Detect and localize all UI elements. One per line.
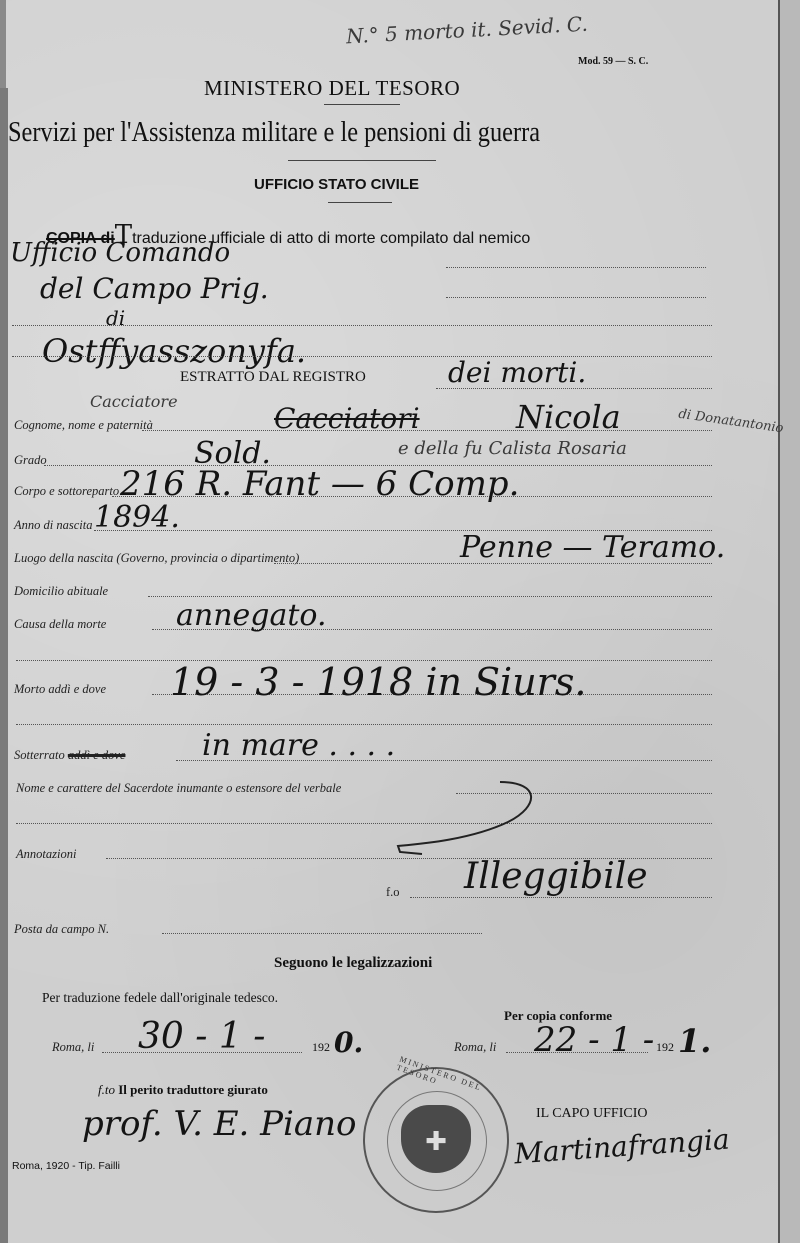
office-title: UFFICIO STATO CIVILE (254, 176, 419, 193)
surname-correction: Cacciatore (90, 392, 178, 411)
scribble-line (390, 776, 550, 860)
signed-prefix: f.to (98, 1082, 115, 1097)
right-date-value: 22 - 1 - (534, 1020, 654, 1060)
death-label: Morto addì e dove (14, 682, 106, 697)
legalization-heading: Seguono le legalizzazioni (274, 955, 432, 972)
burial-struck: addì e dove (68, 748, 126, 762)
issuer-line3: di (106, 306, 125, 330)
cause-value: annegato. (176, 598, 327, 633)
birthplace-label: Luogo della nascita (Governo, provincia … (14, 551, 299, 566)
mother-value: e della fu Calista Rosaria (398, 438, 627, 459)
name-label: Cognome, nome e paternità (14, 418, 153, 433)
translator-title-text: Il perito traduttore giurato (118, 1082, 268, 1097)
domicile-label: Domicilio abituale (14, 584, 108, 599)
birthplace-value: Penne — Teramo. (460, 530, 725, 565)
ministry-stamp: ✚ MINISTERO DEL TESORO (363, 1067, 509, 1213)
title-underline (324, 104, 400, 105)
document-page: N.° 5 morto it. Sevid. C. Mod. 59 — S. C… (6, 0, 778, 1243)
translator-title: f.to Il perito traduttore giurato (98, 1082, 268, 1098)
dotted-line (12, 356, 712, 357)
signed-label: f.o (386, 885, 400, 900)
savoy-cross-icon: ✚ (423, 1129, 449, 1155)
signed-field (410, 897, 712, 898)
printer-note: Roma, 1920 - Tip. Failli (12, 1160, 120, 1172)
birth-year-label: Anno di nascita (14, 518, 92, 533)
page-left-edge (0, 88, 8, 1243)
register-handwritten: dei morti. (448, 356, 586, 389)
dotted-line (436, 388, 712, 389)
signed-value: Illeggibile (464, 856, 648, 897)
register-label: ESTRATTO DAL REGISTRO (180, 369, 366, 386)
ministry-title: MINISTERO DEL TESORO (204, 76, 460, 101)
left-year-prefix: 192 (312, 1040, 330, 1055)
burial-value: in mare . . . . (202, 728, 395, 763)
rank-label: Grado (14, 453, 47, 468)
left-date-value: 30 - 1 - (138, 1016, 265, 1057)
office-head-title: IL CAPO UFFICIO (536, 1106, 648, 1122)
dotted-line (446, 267, 706, 268)
right-year-suffix: 1. (678, 1022, 711, 1060)
left-place-label: Roma, li (52, 1040, 94, 1055)
dotted-line (446, 297, 706, 298)
issuer-line2: del Campo Prig. (40, 272, 269, 305)
domicile-field (148, 596, 712, 597)
handwritten-note: N.° 5 morto it. Sevid. C. (346, 12, 589, 49)
field-post-field (162, 933, 482, 934)
notes-label: Annotazioni (16, 847, 76, 862)
dotted-line (16, 724, 712, 725)
right-year-prefix: 192 (656, 1040, 674, 1055)
page-right-edge (778, 0, 800, 1243)
office-head-signature: Martinafrangia (513, 1123, 731, 1171)
dotted-line (16, 823, 712, 824)
unit-value: 216 R. Fant — 6 Comp. (120, 464, 519, 504)
priest-label: Nome e carattere del Sacerdote inumante … (16, 781, 341, 796)
birth-year-value: 1894. (94, 500, 180, 535)
field-post-label: Posta da campo N. (14, 922, 109, 937)
service-title: Servizi per l'Assistenza militare e le p… (8, 116, 540, 149)
issuer-line4: Ostffyasszonyfa. (42, 332, 306, 370)
name-value: Nicola (516, 398, 621, 436)
father-value: di Donatantonio (677, 407, 784, 437)
issuer-line1: Ufficio Comando (10, 238, 230, 268)
model-code: Mod. 59 — S. C. (578, 56, 648, 67)
left-year-suffix: 0. (334, 1026, 363, 1059)
translation-note: Per traduzione fedele dall'originale ted… (42, 990, 278, 1006)
office-underline (328, 202, 392, 203)
name-field (142, 430, 712, 431)
right-place-label: Roma, li (454, 1040, 496, 1055)
translator-signature: prof. V. E. Piano (82, 1104, 357, 1144)
surname-struck: Cacciatori (274, 402, 420, 435)
burial-label: Sotterrato addì e dove (14, 748, 125, 763)
death-value: 19 - 3 - 1918 in Siurs. (170, 660, 586, 704)
cause-label: Causa della morte (14, 617, 106, 632)
burial-label-text: Sotterrato (14, 748, 65, 762)
unit-label: Corpo e sottoreparto (14, 484, 119, 499)
service-underline (288, 160, 436, 161)
